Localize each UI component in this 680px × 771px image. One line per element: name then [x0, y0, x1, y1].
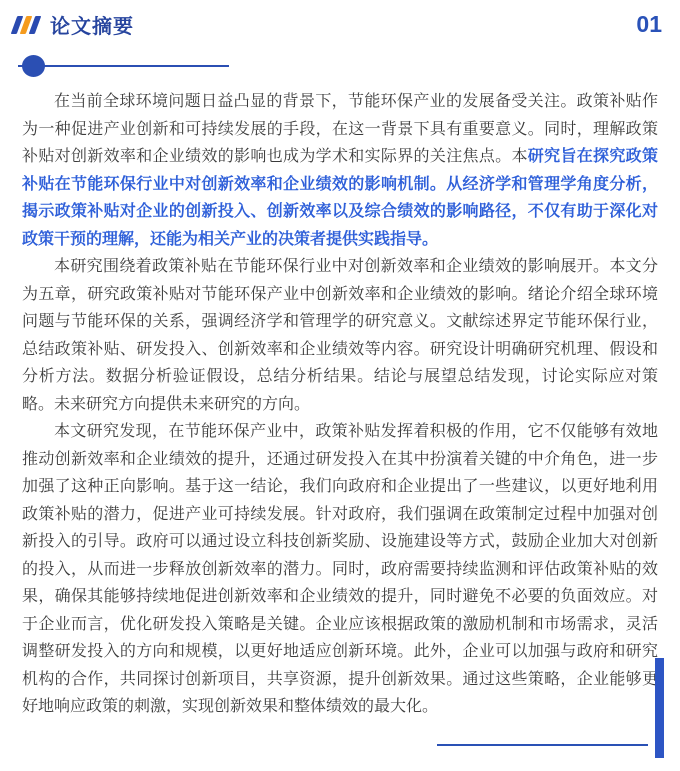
marker-line: [18, 65, 229, 67]
page-number: 01: [636, 11, 662, 38]
abstract-paragraph-2: 本研究围绕着政策补贴在节能环保行业中对创新效率和企业绩效的影响展开。本文分为五章…: [22, 253, 658, 418]
section-marker: [0, 55, 680, 79]
abstract-paragraph-1: 在当前全球环境问题日益凸显的背景下，节能环保产业的发展备受关注。政策补贴作为一种…: [22, 88, 658, 253]
marker-dot-icon: [22, 55, 45, 77]
page-header: 论文摘要 01: [14, 10, 662, 39]
abstract-body: 在当前全球环境问题日益凸显的背景下，节能环保产业的发展备受关注。政策补贴作为一种…: [22, 88, 658, 721]
abstract-paragraph-3: 本文研究发现，在节能环保产业中，政策补贴发挥着积极的作用，它不仅能够有效地推动创…: [22, 418, 658, 721]
header-title-group: 论文摘要: [14, 10, 134, 39]
triple-slash-icon: [14, 16, 41, 34]
side-accent-bar: [655, 658, 664, 758]
abstract-page: 论文摘要 01 在当前全球环境问题日益凸显的背景下，节能环保产业的发展备受关注。…: [0, 0, 680, 771]
page-title: 论文摘要: [50, 10, 134, 39]
footer-rule: [437, 744, 648, 746]
